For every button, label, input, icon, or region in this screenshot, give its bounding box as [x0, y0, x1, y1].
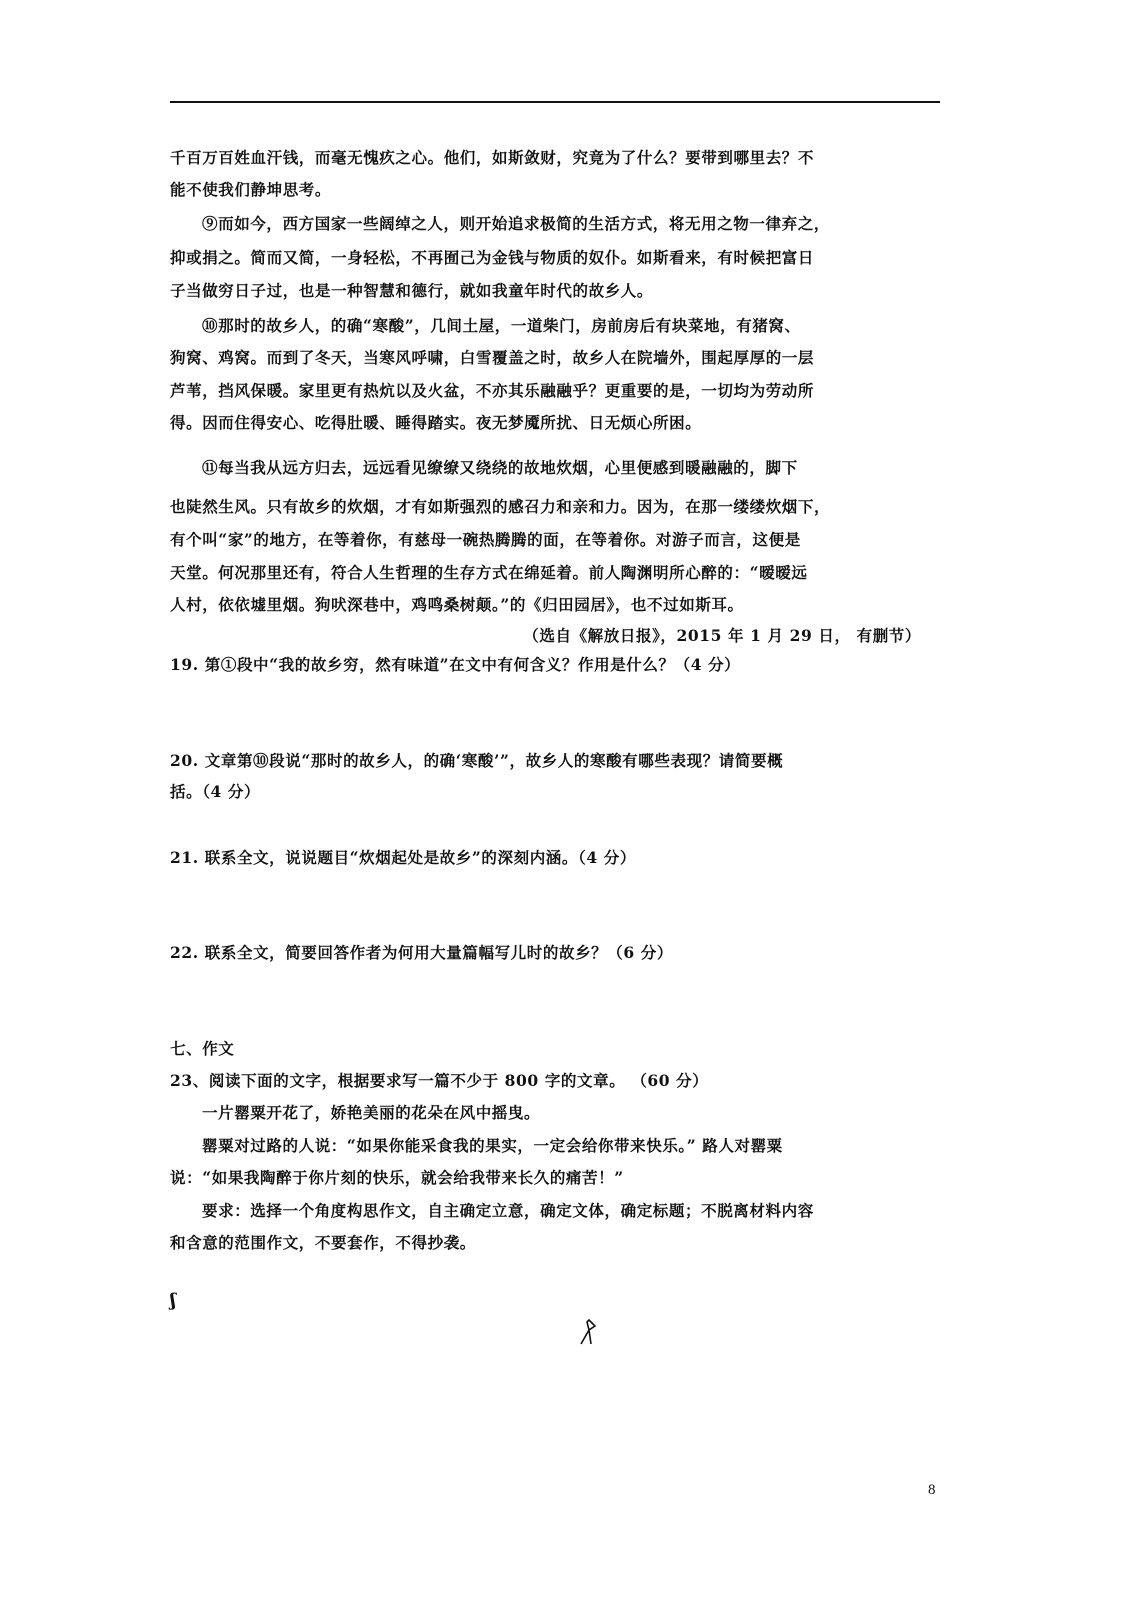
paragraph-10-line: ⑩那时的故乡人，的确“寒酸”，几间土屋，一道柴门，房前房后有块菜地，有猪窝、 [202, 316, 962, 336]
passage-line: 抑或捐之。简而又简，一身轻松，不再囿己为金钱与物质的奴仆。如斯看来，有时候把富日 [170, 248, 930, 268]
passage-line: 有个叫“家”的地方，在等着你，有慈母一碗热腾腾的面，在等着你。对游子而言，这便是 [170, 530, 930, 550]
paragraph-9-line: ⑨而如今，西方国家一些阔绰之人，则开始追求极简的生活方式，将无用之物一律弃之， [202, 214, 962, 234]
composition-prompt: 23、阅读下面的文字，根据要求写一篇不少于 800 字的文章。 （60 分） [170, 1071, 930, 1091]
passage-line: 也陡然生风。只有故乡的炊烟，才有如斯强烈的感召力和亲和力。因为，在那一缕缕炊烟下… [170, 497, 930, 517]
exam-page: 千百万百姓血汗钱，而毫无愧疚之心。他们，如斯敛财，究竟为了什么？要带到哪里去？不… [0, 0, 1131, 1600]
header-rule [170, 101, 940, 103]
material-line: 一片罂粟开花了，娇艳美丽的花朵在风中摇曳。 [202, 1103, 962, 1123]
question-22: 22. 联系全文，简要回答作者为何用大量篇幅写儿时的故乡？（6 分） [170, 943, 930, 963]
question-19: 19. 第①段中“我的故乡穷，然有味道”在文中有何含义？作用是什么？（4 分） [170, 655, 930, 675]
requirements-line: 要求：选择一个角度构思作文，自主确定立意，确定文体，确定标题；不脱离材料内容 [202, 1201, 962, 1221]
passage-line: 得。因而住得安心、吃得肚暖、睡得踏实。夜无梦魇所扰、日无烦心所困。 [170, 413, 930, 433]
handwritten-scribble-icon [575, 1318, 605, 1348]
question-21: 21. 联系全文，说说题目“炊烟起处是故乡”的深刻内涵。（4 分） [170, 848, 930, 868]
question-20-cont: 括。（4 分） [170, 782, 930, 802]
requirements-line: 和含意的范围作文，不要套作，不得抄袭。 [170, 1233, 930, 1253]
source-note: （选自《解放日报》，2015 年 1 月 29 日， 有删节） [523, 626, 921, 646]
paragraph-11-line: ⑪每当我从远方归去，远远看见缭缭又绕绕的故地炊烟，心里便感到暖融融的，脚下 [202, 458, 962, 478]
material-line: 说：“如果我陶醉于你片刻的快乐，就会给我带来长久的痛苦！” [170, 1168, 930, 1188]
passage-line: 人村，依依墟里烟。狗吠深巷中，鸡鸣桑树颠。”的《归田园居》，也不过如斯耳。 [170, 595, 930, 615]
stray-mark: ʃ [170, 1290, 176, 1311]
passage-line: 天堂。何况那里还有，符合人生哲理的生存方式在绵延着。前人陶渊明所心醉的：“暧暧远 [170, 563, 930, 583]
section-title: 七、作文 [170, 1039, 930, 1059]
passage-line: 能不使我们静坤思考。 [170, 180, 930, 200]
page-number: 8 [928, 1482, 936, 1499]
material-line: 罂粟对过路的人说：“如果你能采食我的果实，一定会给你带来快乐。” 路人对罂粟 [202, 1136, 962, 1156]
passage-line: 狗窝、鸡窝。而到了冬天，当寒风呼啸，白雪覆盖之时，故乡人在院墙外，围起厚厚的一层 [170, 348, 930, 368]
question-20: 20. 文章第⑩段说“那时的故乡人，的确‘寒酸’”，故乡人的寒酸有哪些表现？请简… [170, 751, 930, 771]
passage-line: 芦苇，挡风保暖。家里更有热炕以及火盆，不亦其乐融融乎？更重要的是，一切均为劳动所 [170, 381, 930, 401]
passage-line: 子当做穷日子过，也是一种智慧和德行，就如我童年时代的故乡人。 [170, 281, 930, 301]
passage-line: 千百万百姓血汗钱，而毫无愧疚之心。他们，如斯敛财，究竟为了什么？要带到哪里去？不 [170, 148, 930, 168]
